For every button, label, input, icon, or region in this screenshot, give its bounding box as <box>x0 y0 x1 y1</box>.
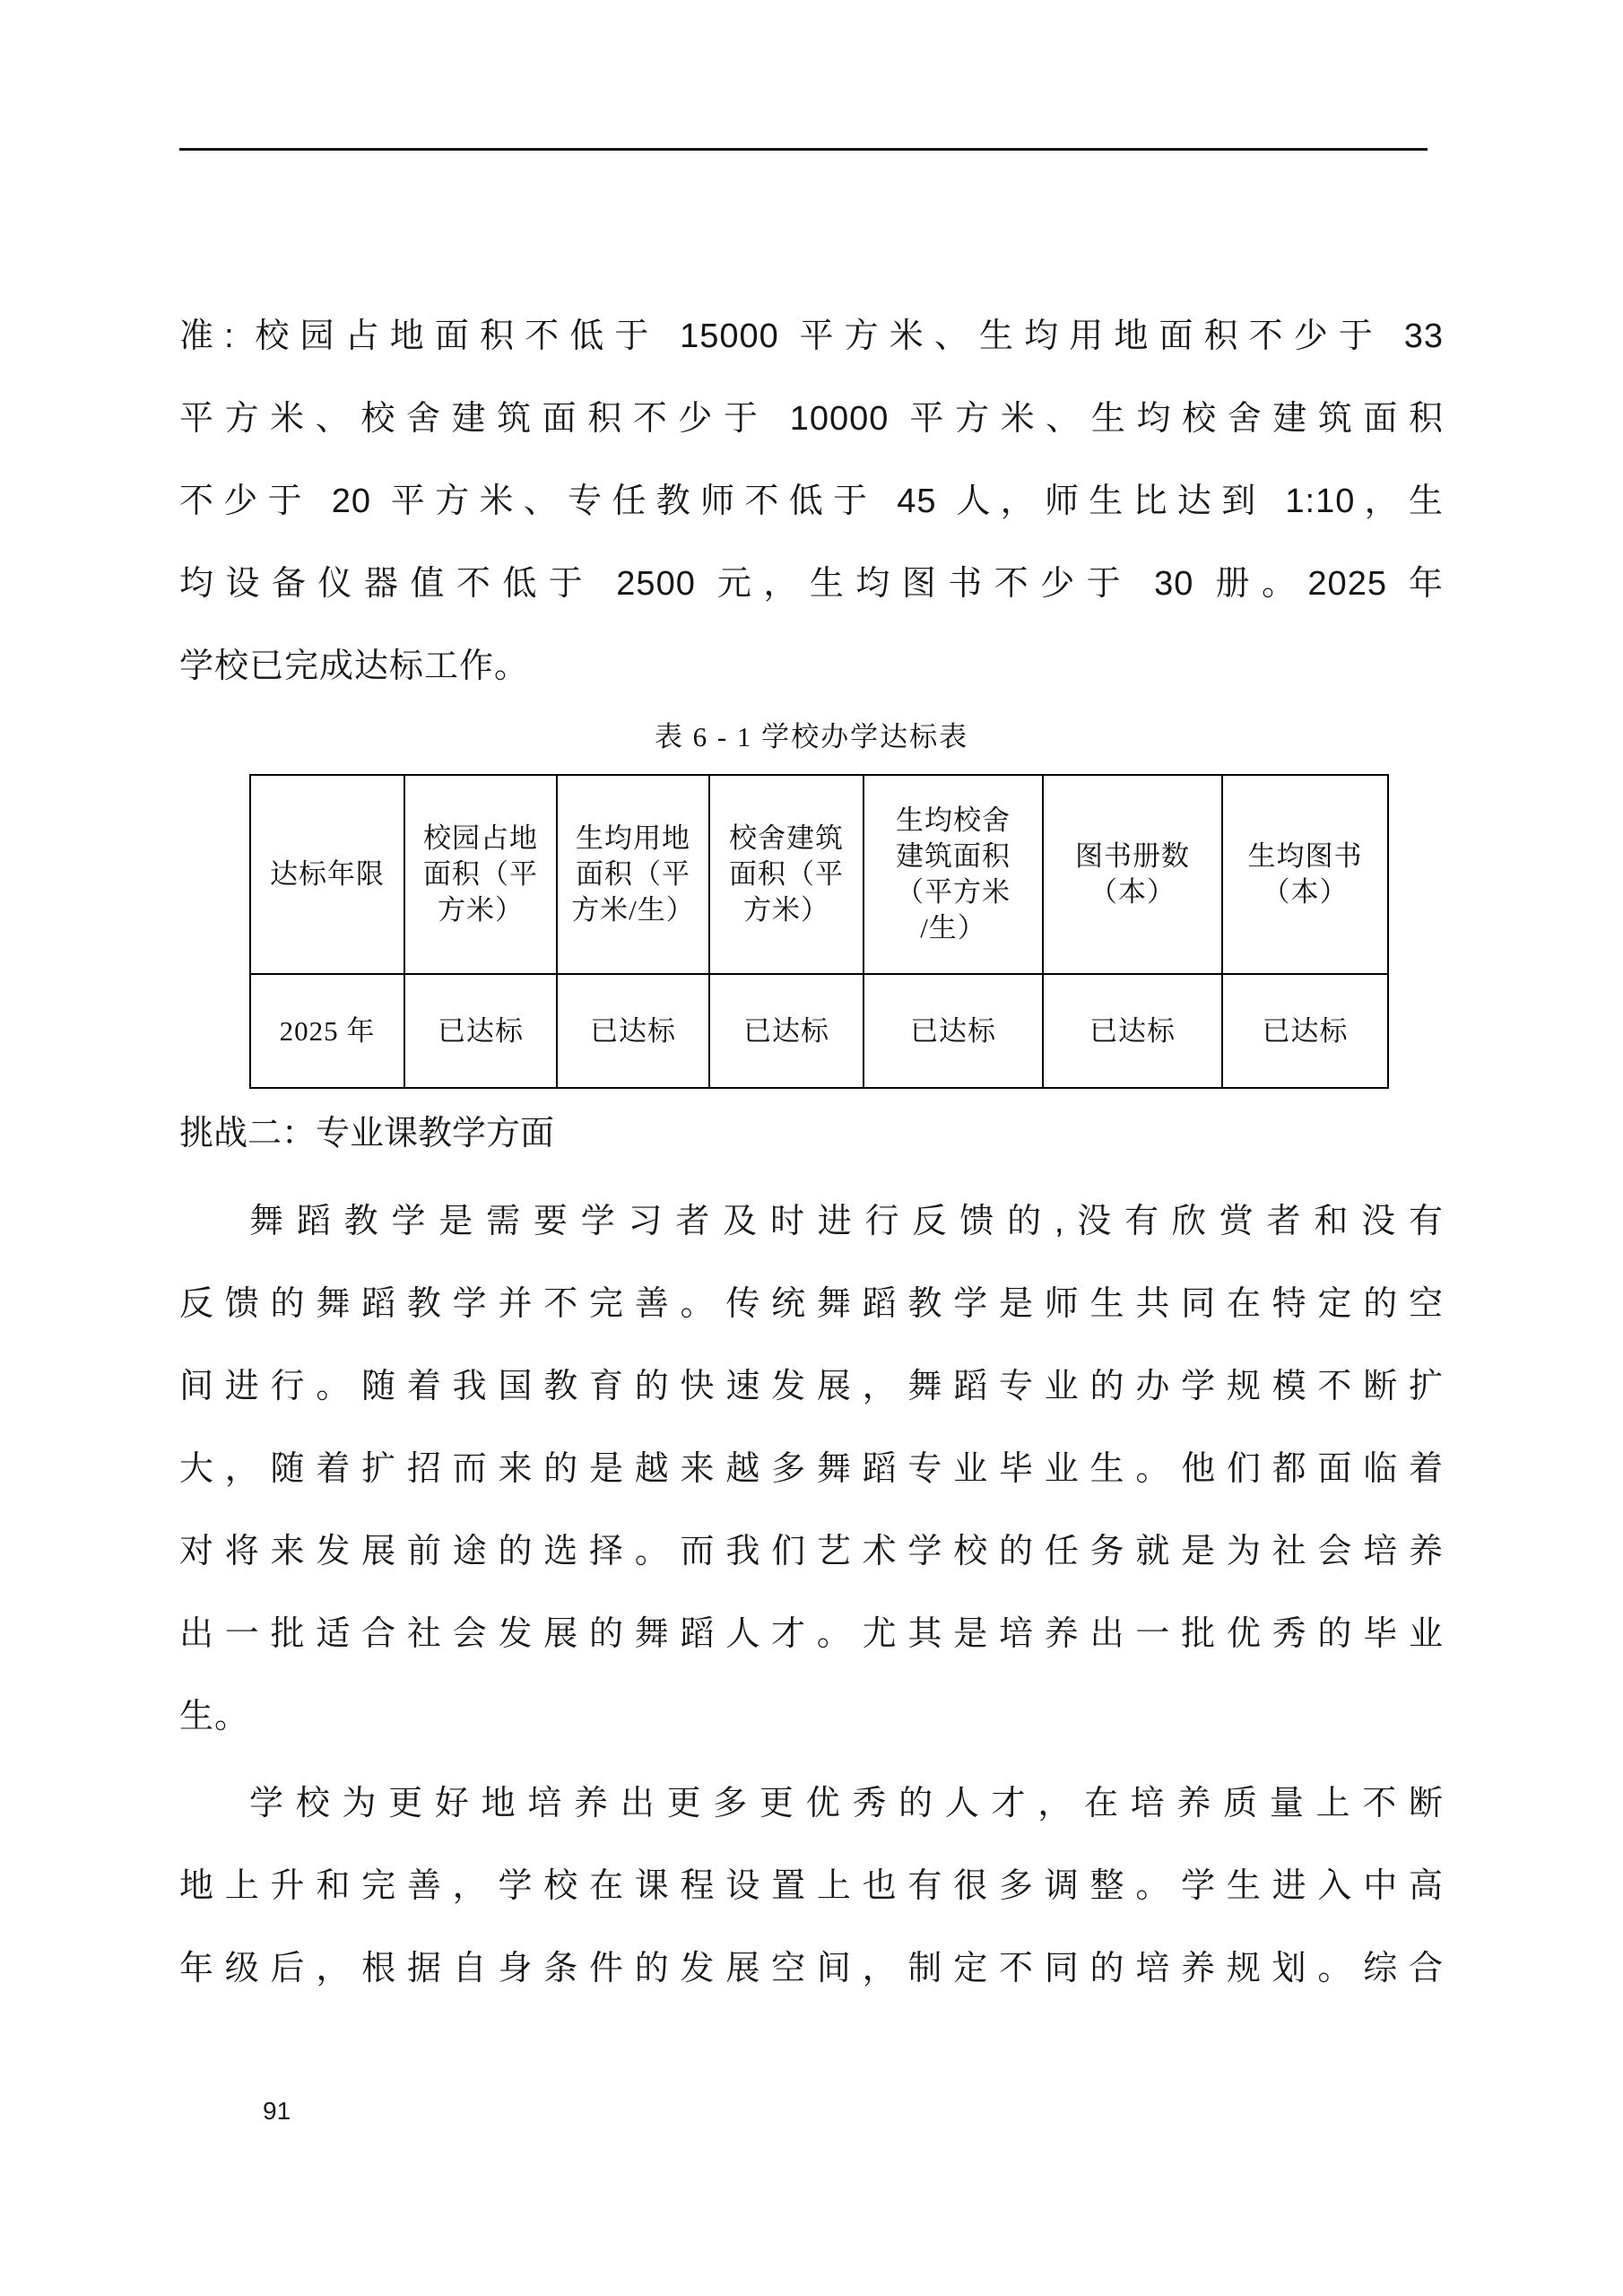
text-line: 间进行。随着我国教育的快速发展，舞蹈专业的办学规模不断扩 <box>179 1345 1444 1428</box>
table-cell-year: 2025 年 <box>250 974 404 1088</box>
text-line: 准: 校园占地面积不低于 15000 平方米、生均用地面积不少于 33 <box>179 295 1444 378</box>
paragraph-dance-teaching: 舞蹈教学是需要学习者及时进行反馈的,没有欣赏者和没有 反馈的舞蹈教学并不完善。传… <box>179 1180 1444 1758</box>
text-line: 反馈的舞蹈教学并不完善。传统舞蹈教学是师生共同在特定的空 <box>179 1263 1444 1345</box>
table-header-cell: 校园占地 面积（平 方米） <box>404 775 557 974</box>
table-caption: 表 6 - 1 学校办学达标表 <box>179 715 1444 760</box>
table-cell-status: 已达标 <box>709 974 864 1088</box>
table-cell-status: 已达标 <box>1222 974 1388 1088</box>
text-line: 对将来发展前途的选择。而我们艺术学校的任务就是为社会培养 <box>179 1510 1444 1593</box>
page-number: 91 <box>263 2097 291 2126</box>
text-line: 地上升和完善，学校在课程设置上也有很多调整。学生进入中高 <box>179 1845 1444 1927</box>
table-cell-status: 已达标 <box>557 974 709 1088</box>
text-line: 大，随着扩招而来的是越来越多舞蹈专业毕业生。他们都面临着 <box>179 1428 1444 1510</box>
table-cell-status: 已达标 <box>1043 974 1222 1088</box>
table-row: 2025 年 已达标 已达标 已达标 已达标 已达标 已达标 <box>250 974 1388 1088</box>
table-header-cell: 图书册数 （本） <box>1043 775 1222 974</box>
table-header-cell: 达标年限 <box>250 775 404 974</box>
paragraph-training: 学校为更好地培养出更多更优秀的人才，在培养质量上不断 地上升和完善，学校在课程设… <box>179 1762 1444 2010</box>
page-content: 准: 校园占地面积不低于 15000 平方米、生均用地面积不少于 33 平方米、… <box>179 151 1444 2010</box>
text-line: 学校已完成达标工作。 <box>179 625 1444 708</box>
table-header-row: 达标年限 校园占地 面积（平 方米） 生均用地 面积（平 方米/生） 校舍建筑 … <box>250 775 1388 974</box>
text-line: 生。 <box>179 1675 1444 1758</box>
paragraph-standards: 准: 校园占地面积不低于 15000 平方米、生均用地面积不少于 33 平方米、… <box>179 295 1444 708</box>
table-header-cell: 生均用地 面积（平 方米/生） <box>557 775 709 974</box>
text-line: 学校为更好地培养出更多更优秀的人才，在培养质量上不断 <box>179 1762 1444 1845</box>
document-page: 准: 校园占地面积不低于 15000 平方米、生均用地面积不少于 33 平方米、… <box>0 0 1623 2296</box>
challenge-heading: 挑战二：专业课教学方面 <box>179 1092 1444 1175</box>
text-line: 不少于 20 平方米、专任教师不低于 45 人，师生比达到 1:10，生 <box>179 460 1444 543</box>
text-line: 年级后，根据自身条件的发展空间，制定不同的培养规划。综合 <box>179 1927 1444 2010</box>
text-line: 平方米、校舍建筑面积不少于 10000 平方米、生均校舍建筑面积 <box>179 378 1444 460</box>
table-cell-status: 已达标 <box>864 974 1043 1088</box>
table-header-cell: 生均校舍 建筑面积 （平方米 /生） <box>864 775 1043 974</box>
table-header-cell: 生均图书 （本） <box>1222 775 1388 974</box>
table-cell-status: 已达标 <box>404 974 557 1088</box>
table-header-cell: 校舍建筑 面积（平 方米） <box>709 775 864 974</box>
text-line: 均设备仪器值不低于 2500 元，生均图书不少于 30 册。2025 年 <box>179 543 1444 625</box>
standards-table: 达标年限 校园占地 面积（平 方米） 生均用地 面积（平 方米/生） 校舍建筑 … <box>249 774 1389 1089</box>
text-line: 出一批适合社会发展的舞蹈人才。尤其是培养出一批优秀的毕业 <box>179 1593 1444 1675</box>
text-line: 舞蹈教学是需要学习者及时进行反馈的,没有欣赏者和没有 <box>179 1180 1444 1263</box>
